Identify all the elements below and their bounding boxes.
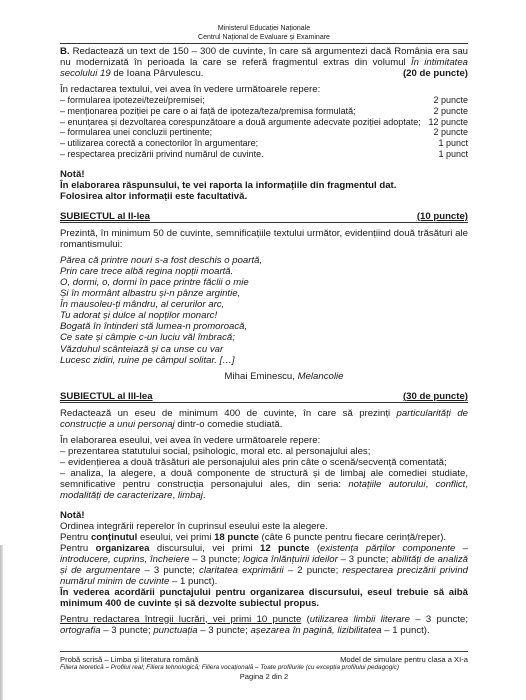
- reper-text: – formularea unei concluzii pertinente;: [60, 127, 212, 138]
- center-name: Centrul Național de Evaluare și Examinar…: [60, 33, 468, 42]
- essay-reper: – prezentarea statutului social, psiholo…: [60, 446, 468, 457]
- poem-line: Văzduhul scânteiază și ca unse cu var: [60, 344, 468, 355]
- subiect-2-title: SUBIECTUL al II-lea: [60, 211, 150, 222]
- reper-points: 2 puncte: [433, 106, 468, 117]
- footer-page-number: Pagina 2 din 2: [60, 672, 468, 681]
- poem-line: Bogată în întinderi stă lumea-n promoroa…: [60, 321, 468, 332]
- poem-line: Și în mormânt albastru și-n pânze argint…: [60, 288, 468, 299]
- document-page: Ministerul Educației Naționale Centrul N…: [60, 0, 468, 636]
- header-divider: [60, 43, 468, 44]
- subiect-2-prompt: Prezintă, în minimum 50 de cuvinte, semn…: [60, 228, 468, 250]
- reper-row: – respectarea precizării privind numărul…: [60, 149, 468, 160]
- section-b-repere-list: – formularea ipotezei/tezei/premisei;2 p…: [60, 95, 468, 160]
- reper-points: 1 punct: [438, 149, 468, 160]
- page-footer: Probă scrisă – Limba și literatura român…: [60, 651, 468, 681]
- subiect-3-note-order: Ordinea integrării reperelor în cuprinsu…: [60, 521, 468, 532]
- section-b-repere-intro: În redactarea textului, vei avea în vede…: [60, 84, 468, 95]
- reper-text: – respectarea precizării privind numărul…: [60, 149, 264, 160]
- section-b-points: (20 de puncte): [403, 68, 468, 79]
- subiect-3-repere-list: – prezentarea statutului social, psiholo…: [60, 446, 468, 468]
- poem-line: Părea că printre nouri s-a fost deschis …: [60, 255, 468, 266]
- reper-text: – utilizarea corectă a conectorilor în a…: [60, 138, 258, 149]
- reper3-item: limbaj: [178, 490, 203, 501]
- poem-author: Mihai Eminescu,: [225, 371, 298, 382]
- section-b-note-line1: În elaborarea răspunsului, te vei raport…: [60, 180, 468, 191]
- reper3-item: modalități de caracterizare: [60, 490, 173, 501]
- section-b-note-line2: Folosirea altor informații este facultat…: [60, 191, 468, 202]
- reper3-item: notațiile autorului: [348, 479, 425, 490]
- reper-row: – menționarea poziției pe care o ai față…: [60, 106, 468, 117]
- page-header: Ministerul Educației Naționale Centrul N…: [60, 24, 468, 42]
- poem-line: O, dormi, o, dormi în pace printre făcli…: [60, 277, 468, 288]
- subiect-2-heading: SUBIECTUL al II-lea (10 puncte): [60, 211, 468, 223]
- reper-row: – enunțarea și dezvoltarea corespunzătoa…: [60, 117, 468, 128]
- reper3-item: conflict: [435, 479, 465, 490]
- footer-filiera: Filiera teoretică – Profilul real; Filie…: [60, 664, 468, 672]
- reper-row: – formularea unei concluzii pertinente;2…: [60, 127, 468, 138]
- reper-row: – formularea ipotezei/tezei/premisei;2 p…: [60, 95, 468, 106]
- subiect-3-reper-3: – analiza, la alegere, a două componente…: [60, 468, 468, 501]
- scan-edge-artifact: [0, 545, 3, 700]
- continut-scoring: Pentru conținutul eseului, vei primi 18 …: [60, 532, 468, 543]
- poem-line: Prin care trece albă regina nopții moart…: [60, 266, 468, 277]
- section-b-note-title: Notă!: [60, 169, 468, 180]
- reper-text: – formularea ipotezei/tezei/premisei;: [60, 95, 205, 106]
- reper-text: – menționarea poziției pe care o ai față…: [60, 106, 356, 117]
- poem-line: Tu adorat și dulce al nopților monarc!: [60, 310, 468, 321]
- subiect-2-points: (10 puncte): [417, 211, 468, 222]
- reper-points: 12 puncte: [428, 117, 468, 128]
- section-b-label: B.: [60, 46, 70, 57]
- footer-model-name: Model de simulare pentru clasa a XI-a: [340, 655, 468, 664]
- subiect-3-title: SUBIECTUL al III-lea: [60, 391, 153, 402]
- ministry-name: Ministerul Educației Naționale: [60, 24, 468, 33]
- poem-line: Lucesc zidiri, ruine pe câmpul solitar. …: [60, 355, 468, 366]
- footer-exam-name: Probă scrisă – Limba și literatura român…: [60, 655, 198, 664]
- reper-text: – enunțarea și dezvoltarea corespunzătoa…: [60, 117, 421, 128]
- reper-points: 2 puncte: [433, 127, 468, 138]
- poem-line: Ce sate și câmpie c-un luciu văl îmbracă…: [60, 332, 468, 343]
- poem-line: În mausoleu-ți mândru, al cerurilor arc,: [60, 299, 468, 310]
- poem-fragment: Părea că printre nouri s-a fost deschis …: [60, 255, 468, 366]
- subiect-3-note-title: Notă!: [60, 510, 468, 521]
- subiect-3-heading: SUBIECTUL al III-lea (30 de puncte): [60, 391, 468, 403]
- subiect-3-repere-intro: În elaborarea eseului, vei avea în veder…: [60, 435, 468, 446]
- organizare-scoring: Pentru organizarea discursului, vei prim…: [60, 543, 468, 587]
- poem-attribution: Mihai Eminescu, Melancolie: [60, 371, 468, 382]
- reper-points: 2 puncte: [433, 95, 468, 106]
- reper-row: – utilizarea corectă a conectorilor în a…: [60, 138, 468, 149]
- subiect-3-prompt: Redactează un eseu de minimum 400 de cuv…: [60, 408, 468, 430]
- poem-title: Melancolie: [298, 371, 344, 382]
- reper-points: 1 punct: [438, 138, 468, 149]
- redactare-scoring: Pentru redactarea întregii lucrări, vei …: [60, 614, 468, 636]
- essay-reper: – evidențierea a două trăsături ale pers…: [60, 457, 468, 468]
- subiect-3-points: (30 de puncte): [403, 391, 468, 402]
- organizare-warning: În vederea acordării punctajului pentru …: [60, 587, 468, 609]
